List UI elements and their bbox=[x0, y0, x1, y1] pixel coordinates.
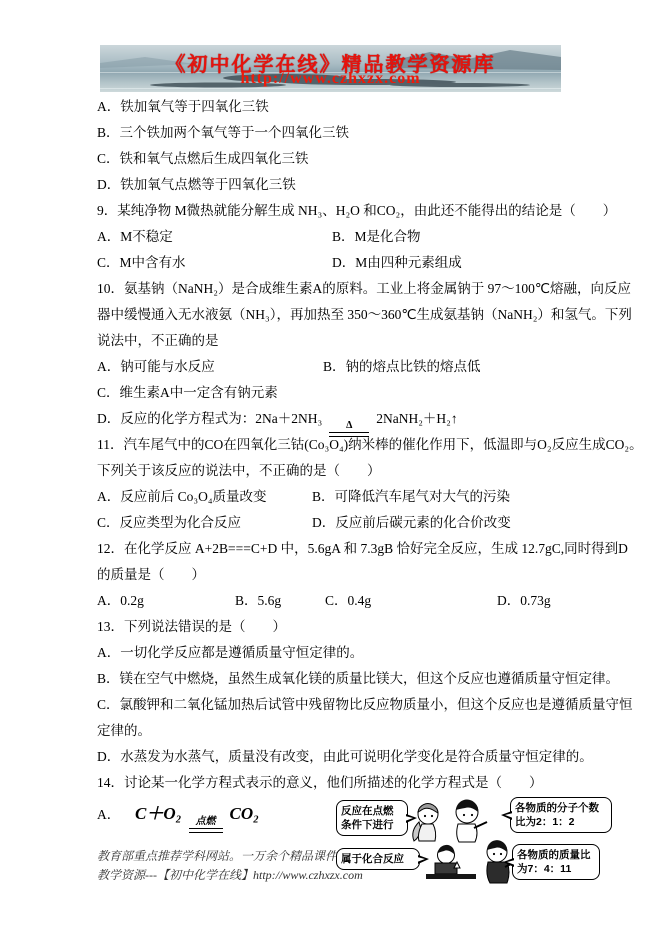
q10-option-c: C．维生素A中一定含有钠元素 bbox=[97, 380, 567, 406]
q10-stem-line1: 10．氨基钠（NaNH₂）是合成维生素A的原料。工业上将金属钠于 97～100℃… bbox=[97, 276, 567, 302]
ignite-condition-stack: 点燃 bbox=[189, 817, 223, 833]
q12-option-c: C．0.4g bbox=[325, 588, 371, 614]
q8-option-c: C．铁和氧气点燃后生成四氧化三铁 bbox=[97, 146, 567, 172]
q9-option-c: C．M中含有水 bbox=[97, 255, 186, 270]
q8-option-b: B．三个铁加两个氧气等于一个四氧化三铁 bbox=[97, 120, 567, 146]
q12-stem-line2: 的质量是（ ） bbox=[97, 562, 567, 588]
q9-option-a: A．M不稳定 bbox=[97, 229, 173, 244]
ignite-condition-text: 点燃 bbox=[189, 817, 223, 827]
q10-stem-line3: 说法中，不正确的是 bbox=[97, 328, 567, 354]
cartoon-boy-figure bbox=[456, 800, 487, 842]
q11-options-ab: A．反应前后 Co₃O₄质量改变 B．可降低汽车尾气对大气的污染 bbox=[97, 484, 567, 510]
speech-bubble-combination-reaction: 属于化合反应 bbox=[336, 848, 420, 870]
q10-option-d-suffix: 2NaNH₂＋H₂↑ bbox=[376, 411, 457, 426]
q9-option-b: B．M是化合物 bbox=[332, 224, 421, 250]
q9-options-cd: C．M中含有水 D．M由四种元素组成 bbox=[97, 250, 567, 276]
q13-option-d: D．水蒸发为水蒸气，质量没有改变，由此可说明化学变化是符合质量守恒定律的。 bbox=[97, 744, 567, 770]
q12-option-a: A．0.2g bbox=[97, 593, 144, 608]
q10-option-b: B．钠的熔点比铁的熔点低 bbox=[323, 354, 481, 380]
speech-bubble-condition: 反应在点燃条件下进行 bbox=[336, 800, 408, 836]
q13-option-a: A．一切化学反应都是遵循质量守恒定律的。 bbox=[97, 640, 567, 666]
q11-options-cd: C．反应类型为化合反应 D．反应前后碳元素的化合价改变 bbox=[97, 510, 567, 536]
speech-bubble-molecule-ratio: 各物质的分子个数比为2：1：2 bbox=[510, 797, 612, 833]
delta-condition-symbol: Δ bbox=[329, 421, 369, 431]
q13-option-c-line1: C．氯酸钾和二氧化锰加热后试管中残留物比反应物质量小，但这个反应也是遵循质量守恒 bbox=[97, 692, 567, 718]
q10-option-d-prefix: D．反应的化学方程式为：2Na＋2NH₃ bbox=[97, 411, 322, 426]
q12-options: A．0.2g B．5.6g C．0.4g D．0.73g bbox=[97, 588, 567, 614]
q11-stem-line1: 11．汽车尾气中的CO在四氧化三钴(Co₃O₄)纳米棒的催化作用下，低温即与O₂… bbox=[97, 432, 567, 458]
q9-options-ab: A．M不稳定 B．M是化合物 bbox=[97, 224, 567, 250]
q11-option-d: D．反应前后碳元素的化合价改变 bbox=[312, 510, 511, 536]
exam-content: A．铁加氧气等于四氧化三铁 B．三个铁加两个氧气等于一个四氧化三铁 C．铁和氧气… bbox=[97, 94, 567, 832]
equation-product: CO₂ bbox=[230, 804, 260, 823]
q10-option-a: A．钠可能与水反应 bbox=[97, 359, 215, 374]
double-line bbox=[189, 828, 223, 833]
q9-stem: 9．某纯净物 M微热就能分解生成 NH₃、H₂O 和CO₂，由此还不能得出的结论… bbox=[97, 198, 567, 224]
equation-reactants: C＋O₂ bbox=[135, 804, 182, 823]
header-banner-image: 《初中化学在线》精品教学资源库 http://www.czhxzx.com bbox=[100, 45, 561, 92]
q11-option-c: C．反应类型为化合反应 bbox=[97, 515, 241, 530]
q11-option-b: B．可降低汽车尾气对大气的污染 bbox=[312, 484, 510, 510]
cartoon-experimenter-figure bbox=[426, 845, 476, 879]
q14-option-a-label: A． bbox=[97, 797, 135, 833]
q10-option-d: D．反应的化学方程式为：2Na＋2NH₃Δ2NaNH₂＋H₂↑ bbox=[97, 406, 567, 432]
speech-bubble-mass-ratio: 各物质的质量比为7：4：11 bbox=[512, 844, 600, 880]
q12-option-b: B．5.6g bbox=[235, 588, 281, 614]
q13-option-b: B．镁在空气中燃烧，虽然生成氧化镁的质量比镁大，但这个反应也遵循质量守恒定律。 bbox=[97, 666, 567, 692]
q10-stem-line2: 器中缓慢通入无水液氨（NH₃），再加热至 350～360℃生成氨基钠（NaNH₂… bbox=[97, 302, 567, 328]
banner-url: http://www.czhxzx.com bbox=[100, 70, 561, 88]
q11-option-a: A．反应前后 Co₃O₄质量改变 bbox=[97, 489, 267, 504]
q10-options-ab: A．钠可能与水反应 B．钠的熔点比铁的熔点低 bbox=[97, 354, 567, 380]
q8-option-d: D．铁加氧气点燃等于四氧化三铁 bbox=[97, 172, 567, 198]
q13-option-c-line2: 定律的。 bbox=[97, 718, 567, 744]
q13-stem: 13．下列说法错误的是（ ） bbox=[97, 614, 567, 640]
q11-stem-line2: 下列关于该反应的说法中，不正确的是（ ） bbox=[97, 458, 567, 484]
q9-option-d: D．M由四种元素组成 bbox=[332, 250, 462, 276]
q8-option-a: A．铁加氧气等于四氧化三铁 bbox=[97, 94, 567, 120]
q12-option-d: D．0.73g bbox=[497, 588, 551, 614]
q12-stem-line1: 12．在化学反应 A+2B===C+D 中，5.6gA 和 7.3gB 恰好完全… bbox=[97, 536, 567, 562]
